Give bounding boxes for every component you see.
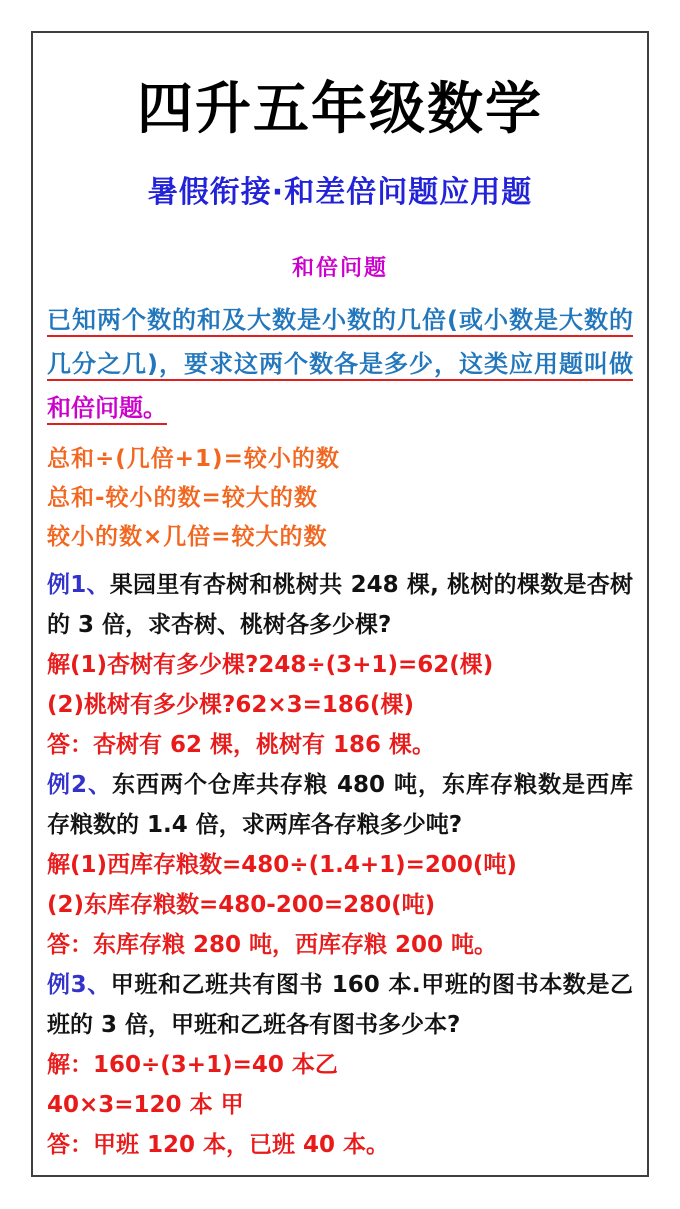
page-subtitle: 暑假衔接·和差倍问题应用题 [47, 167, 633, 211]
example-2-solution-line: (2)东库存粮数=480-200=280(吨) [47, 885, 633, 925]
example-1-problem: 例1、果园里有杏树和桃树共 248 棵, 桃树的棵数是杏树的 3 倍，求杏树、桃… [47, 565, 633, 645]
example-2-problem: 例2、东西两个仓库共存粮 480 吨，东库存粮数是西库存粮数的 1.4 倍，求两… [47, 765, 633, 845]
worksheet-page: 四升五年级数学 暑假衔接·和差倍问题应用题 和倍问题 已知两个数的和及大数是小数… [31, 31, 649, 1177]
page-title: 四升五年级数学 [47, 79, 633, 141]
example-1-answer-line: 答：杏树有 62 棵，桃树有 186 棵。 [47, 725, 633, 765]
formula-block: 总和÷(几倍+1)=较小的数 总和-较小的数=较大的数 较小的数×几倍=较大的数 [47, 440, 633, 557]
example-1-problem-text: 果园里有杏树和桃树共 248 棵, 桃树的棵数是杏树的 3 倍，求杏树、桃树各多… [47, 572, 633, 638]
formula-line: 总和÷(几倍+1)=较小的数 [47, 440, 633, 479]
formula-line: 总和-较小的数=较大的数 [47, 479, 633, 518]
example-1-solution-line: 解(1)杏树有多少棵?248÷(3+1)=62(棵) [47, 645, 633, 685]
definition-paragraph: 已知两个数的和及大数是小数的几倍(或小数是大数的几分之几)，要求这两个数各是多少… [47, 298, 633, 430]
example-3-solution-line: 40×3=120 本 甲 [47, 1085, 633, 1125]
example-3-problem-text: 甲班和乙班共有图书 160 本.甲班的图书本数是乙班的 3 倍，甲班和乙班各有图… [47, 972, 633, 1038]
example-2-label: 例2、 [47, 772, 112, 798]
example-1: 例1、果园里有杏树和桃树共 248 棵, 桃树的棵数是杏树的 3 倍，求杏树、桃… [47, 565, 633, 765]
example-1-label: 例1、 [47, 572, 110, 598]
definition-keyword: 和倍问题。 [47, 394, 167, 422]
document-canvas: 四升五年级数学 暑假衔接·和差倍问题应用题 和倍问题 已知两个数的和及大数是小数… [0, 0, 680, 1209]
example-2-solution-line: 解(1)西库存粮数=480÷(1.4+1)=200(吨) [47, 845, 633, 885]
example-2-answer-line: 答：东库存粮 280 吨，西库存粮 200 吨。 [47, 925, 633, 965]
formula-line: 较小的数×几倍=较大的数 [47, 518, 633, 557]
example-3-label: 例3、 [47, 972, 111, 998]
definition-text: 已知两个数的和及大数是小数的几倍(或小数是大数的几分之几)，要求这两个数各是多少… [47, 306, 633, 378]
example-1-solution-line: (2)桃树有多少棵?62×3=186(棵) [47, 685, 633, 725]
example-2-problem-text: 东西两个仓库共存粮 480 吨，东库存粮数是西库存粮数的 1.4 倍，求两库各存… [47, 772, 633, 838]
example-2: 例2、东西两个仓库共存粮 480 吨，东库存粮数是西库存粮数的 1.4 倍，求两… [47, 765, 633, 965]
section-title: 和倍问题 [47, 251, 633, 282]
example-3: 例3、甲班和乙班共有图书 160 本.甲班的图书本数是乙班的 3 倍，甲班和乙班… [47, 965, 633, 1165]
example-3-problem: 例3、甲班和乙班共有图书 160 本.甲班的图书本数是乙班的 3 倍，甲班和乙班… [47, 965, 633, 1045]
example-3-answer-line: 答：甲班 120 本，已班 40 本。 [47, 1125, 633, 1165]
example-3-solution-line: 解：160÷(3+1)=40 本乙 [47, 1045, 633, 1085]
